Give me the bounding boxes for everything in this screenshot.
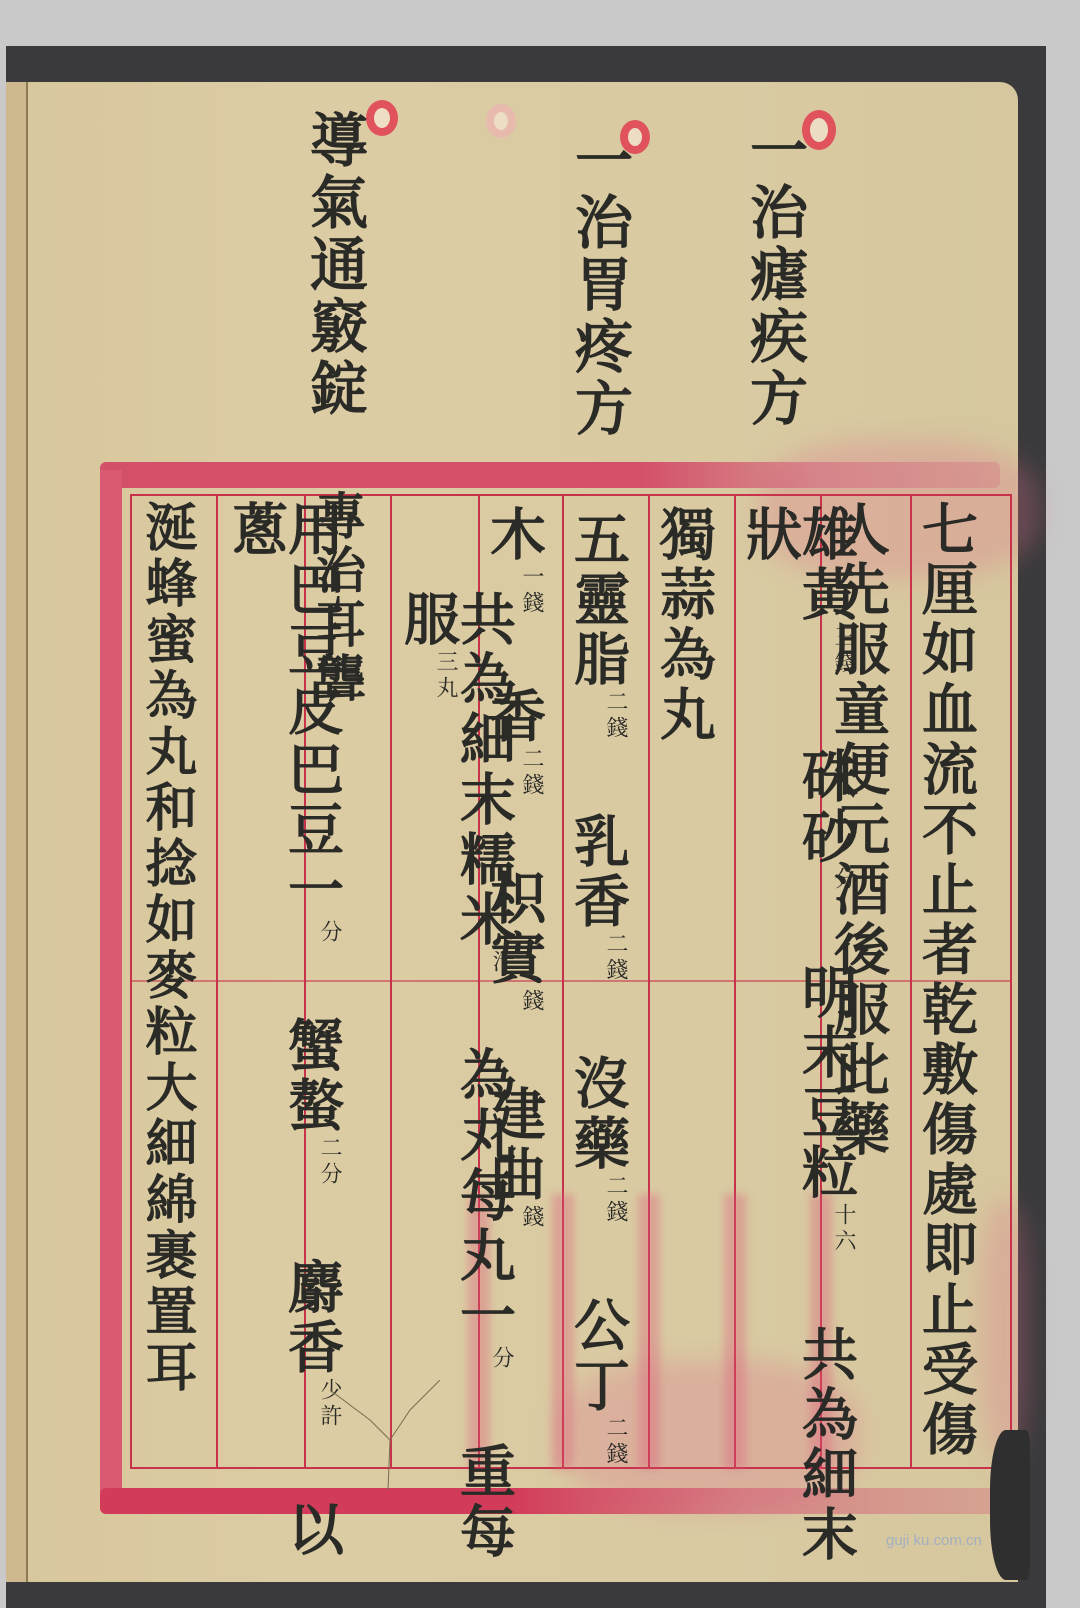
heading-stomach-pain-recipe: 一治胃疼方 (570, 130, 628, 440)
dosage-note: 分 (317, 920, 342, 946)
column-3-text: 雄黃三錢 硃砂分 明末豆粒十六 共為細末狀 (742, 505, 854, 1608)
column-4-text: 獨蒜為丸 (656, 505, 712, 745)
dosage-note: 錢 (519, 1205, 544, 1231)
ingredient: 乳香 (565, 812, 631, 932)
column-9-text: 用巴豆皮巴豆一分 蟹螯二分 麝香少許 以蔥 (228, 500, 340, 1608)
frame-top-border (100, 462, 1000, 488)
dosage-note: 二錢 (603, 690, 628, 742)
ingredient: 蟹螯 (279, 1016, 345, 1136)
dosage-note: 一錢 (519, 565, 544, 617)
column-1-text: 七厘如血流不止者乾敷傷處即止受傷 (918, 500, 974, 1460)
heading-qi-opening-lozenge: 導氣通竅錠 (305, 110, 363, 510)
column-10-text: 涎蜂蜜為丸和捻如麥粒大細綿裹置耳 (140, 500, 192, 1396)
ink-blot (990, 1430, 1030, 1580)
page-fold-line (26, 82, 28, 1582)
red-circle-mark-3 (366, 100, 398, 136)
dosage-note: 二錢 (603, 932, 628, 984)
dosage-note: 分 (489, 1346, 514, 1372)
dosage-note: 二錢 (603, 1174, 628, 1226)
dosage-note: 錢 (519, 989, 544, 1015)
frame-left-border (100, 470, 122, 1510)
heading-malaria-recipe: 一治瘧疾方 (745, 120, 803, 430)
dosage-note: 分 (831, 867, 856, 893)
ingredient: 沒藥 (565, 1054, 631, 1174)
ingredient: 麝香 (279, 1258, 345, 1378)
ingredient: 硃砂 (793, 747, 859, 867)
dosage-note: 二分 (317, 1136, 342, 1188)
ingredient: 公丁 (565, 1296, 631, 1416)
paper-crack (330, 1380, 450, 1490)
ingredient: 五靈脂 (565, 510, 631, 690)
dosage-note: 三錢 (831, 625, 856, 677)
binding-strip (6, 82, 26, 1582)
faded-circle-mark (486, 104, 516, 138)
watermark: guji ku.com.cn (886, 1532, 982, 1549)
dosage-note: 十六 (831, 1203, 856, 1255)
ingredient: 木 (481, 505, 547, 565)
dosage-note: 二錢 (603, 1416, 628, 1468)
ingredient: 用巴豆皮巴豆一 (279, 500, 345, 920)
instruction: 為丸每丸一 (451, 1046, 517, 1346)
ingredient: 明末豆粒 (793, 963, 859, 1203)
column-5-text: 五靈脂二錢 乳香二錢 沒藥二錢 公丁二錢 (570, 510, 626, 1468)
dosage-note: 二錢 (519, 747, 544, 799)
dosage-note: 汁 (489, 950, 514, 976)
dosage-note: 三丸 (433, 650, 458, 702)
